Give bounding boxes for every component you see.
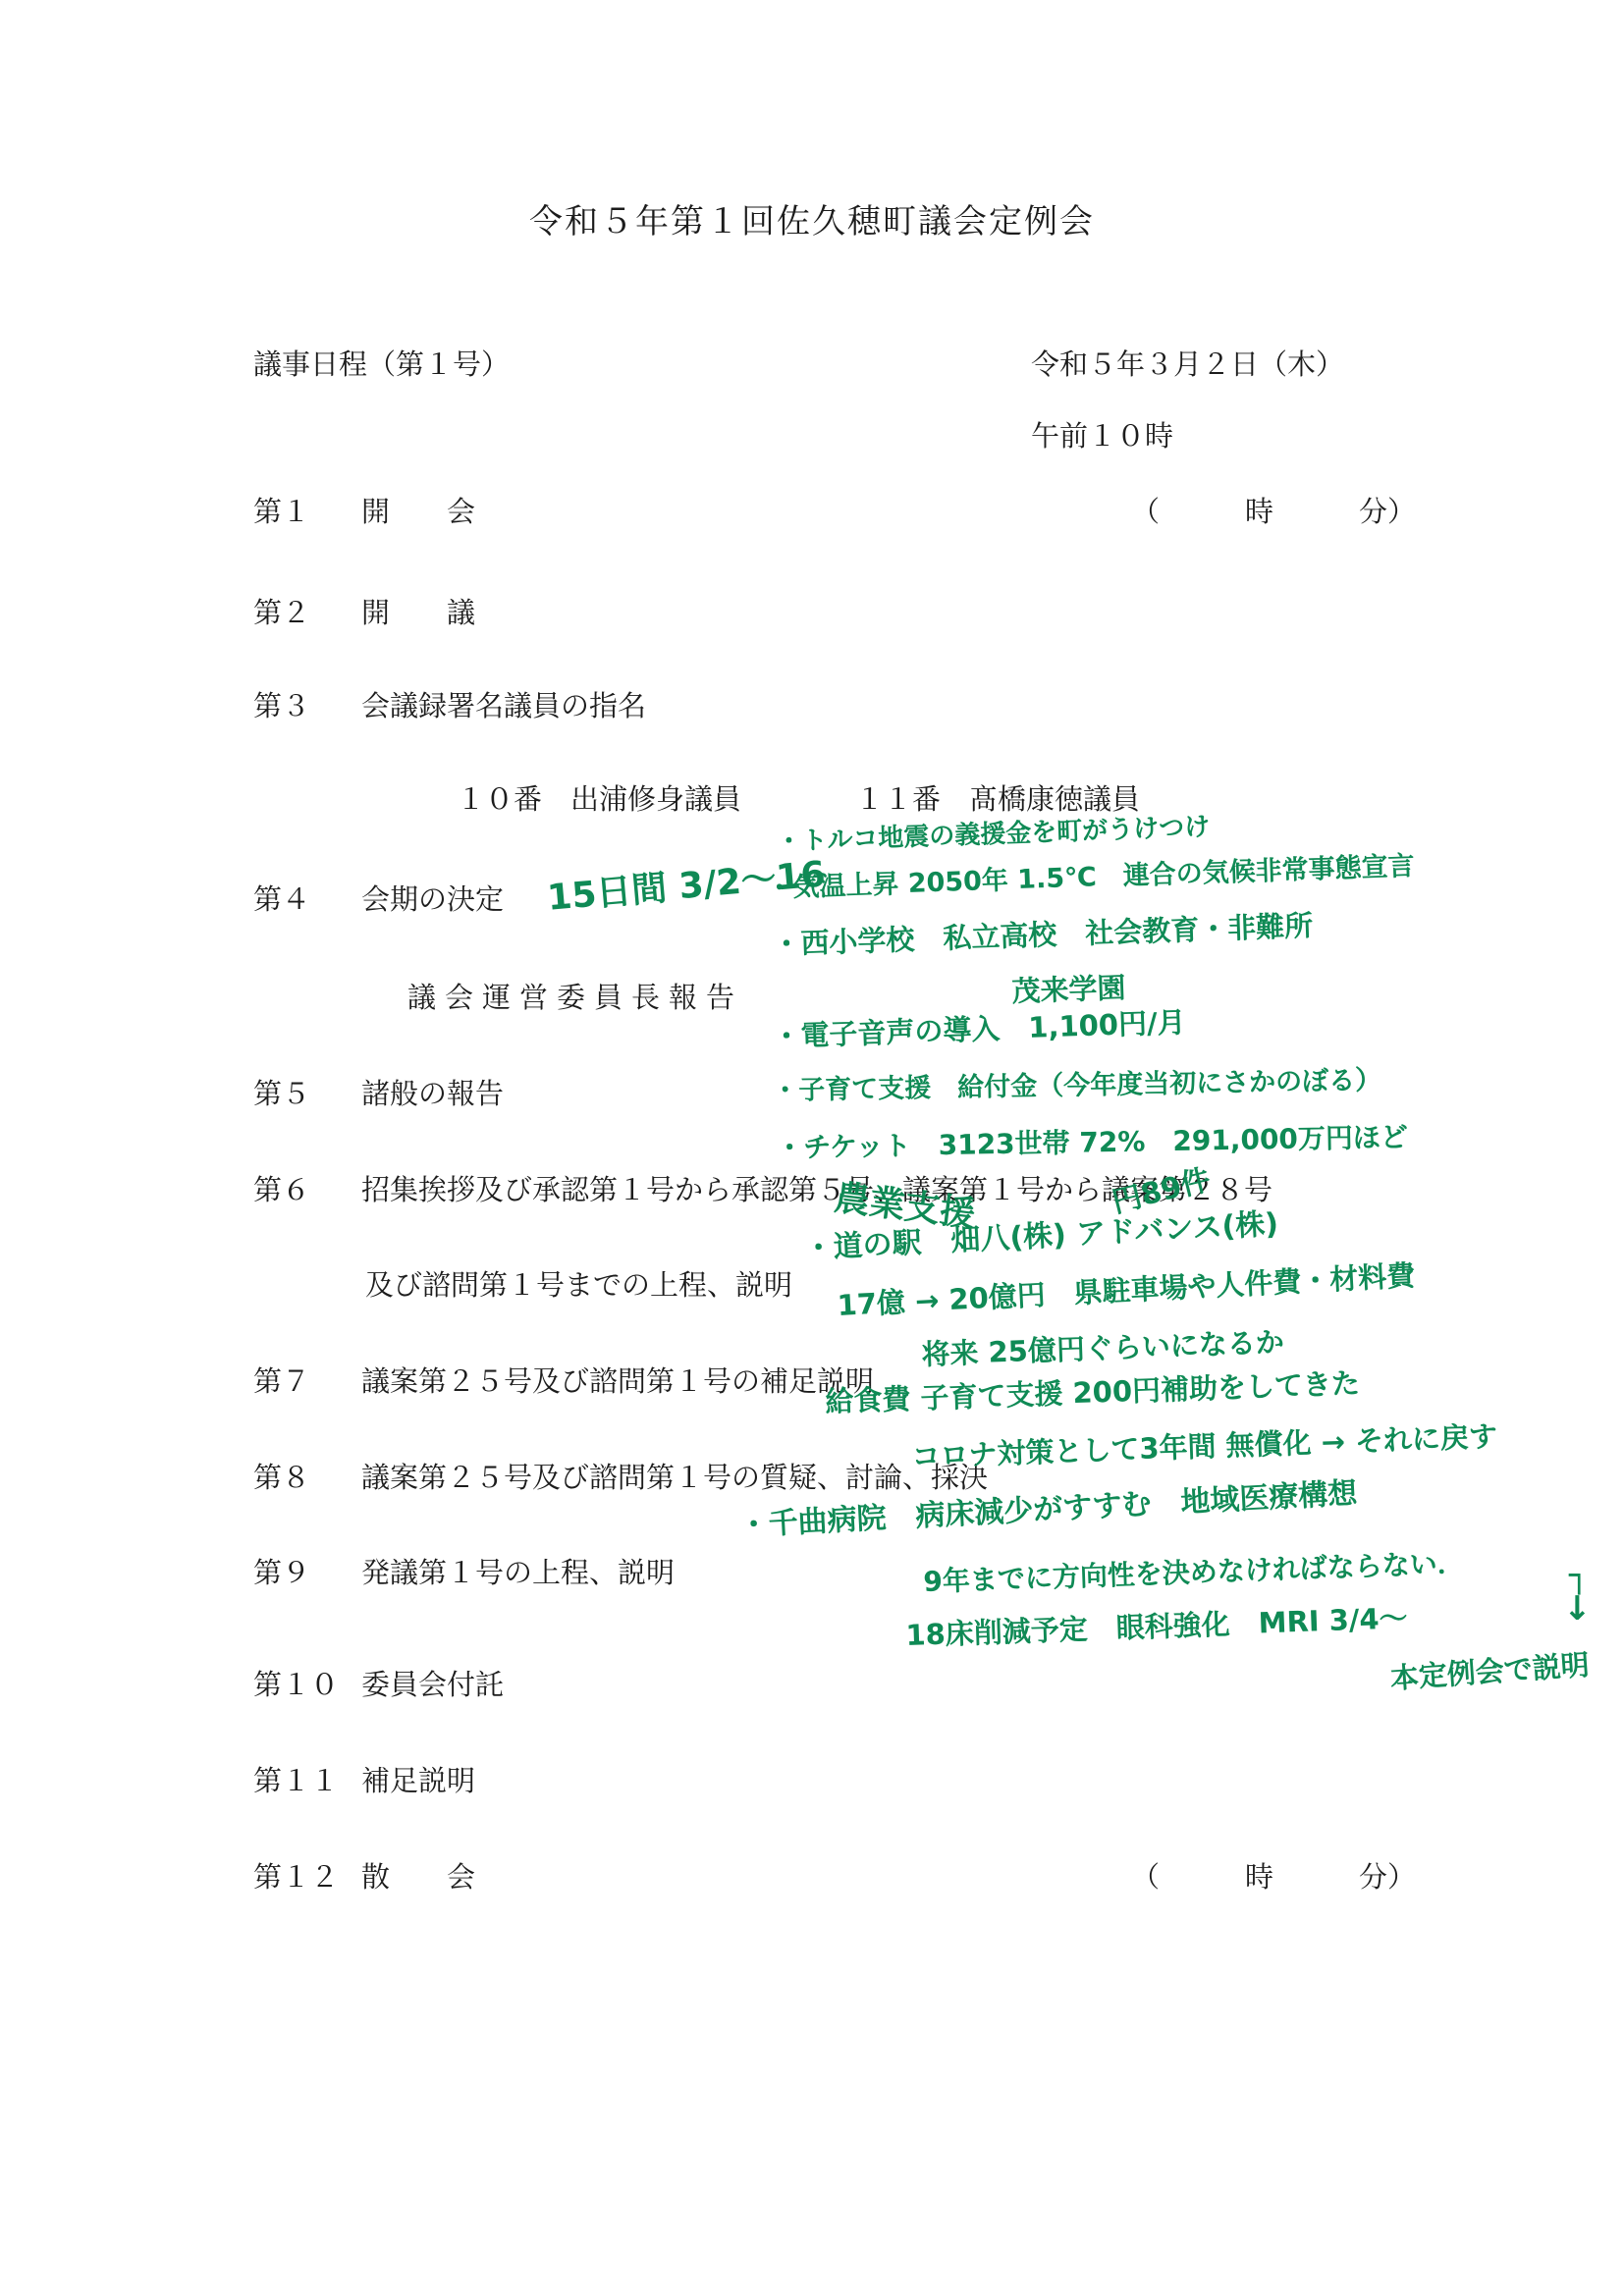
handwritten-note: 茂来学園 (1011, 974, 1126, 1006)
agenda-item-text: 会議録署名議員の指名 (361, 690, 646, 724)
agenda-item-text: 会期の決定 (361, 883, 504, 918)
agenda-item-number: 第４ (253, 883, 310, 918)
doc-date: 令和５年３月２日（木） (1031, 348, 1344, 383)
agenda-item-text: 開 会 (361, 496, 475, 530)
agenda-item-number: 第７ (253, 1365, 310, 1400)
handwritten-note: ・電子音声の導入 1,100円/月 (772, 1008, 1186, 1051)
page-title: 令和５年第１回佐久穂町議会定例会 (0, 194, 1624, 242)
doc-start-time: 午前１０時 (1031, 420, 1173, 454)
handwritten-note: ・西小学校 私立高校 社会教育・非難所 (772, 912, 1314, 959)
agenda-item-number: 第１ (253, 496, 310, 530)
handwritten-note: コロナ対策として3年間 無償化 → それに戻す (911, 1422, 1497, 1471)
agenda-item-text: 諸般の報告 (361, 1078, 504, 1112)
agenda-item-time-blank: （ 時 分） (1131, 1861, 1416, 1896)
handwritten-note: ↓ (1563, 1592, 1592, 1626)
agenda-item-number: 第２ (253, 597, 310, 631)
agenda-subline-continuation: 及び諮問第１号までの上程、説明 (365, 1269, 792, 1304)
agenda-item-number: 第１２ (253, 1861, 339, 1896)
handwritten-note: ・子育て支援 給付金（今年度当初にさかのぼる） (772, 1067, 1381, 1104)
handwritten-note: 将来 25億円ぐらいになるか (921, 1328, 1284, 1369)
agenda-item-text: 議案第２５号及び諮問第１号の質疑、討論、採決 (361, 1462, 988, 1496)
handwritten-note: 17億 → 20億円 県駐車場や人件費・材料費 (837, 1261, 1416, 1320)
handwritten-note: 給食費 子育て支援 200円補助をしてきた (825, 1369, 1360, 1416)
agenda-item-number: 第５ (253, 1078, 310, 1112)
agenda-item-text: 補足説明 (361, 1765, 475, 1799)
agenda-item-number: 第３ (253, 690, 310, 724)
handwritten-note: ┐ (1569, 1559, 1589, 1592)
handwritten-note: 本定例会で説明 (1389, 1651, 1591, 1693)
doc-label: 議事日程（第１号） (253, 348, 510, 383)
agenda-subline-signers: １０番 出浦修身議員 １１番 髙橋康徳議員 (457, 783, 1140, 818)
agenda-item-number: 第９ (253, 1557, 310, 1591)
agenda-item-number: 第１１ (253, 1765, 339, 1799)
agenda-item-text: 委員会付託 (361, 1669, 504, 1703)
agenda-item-text: 発議第１号の上程、説明 (361, 1557, 675, 1591)
agenda-item-text: 開 議 (361, 597, 475, 631)
agenda-item-text: 散 会 (361, 1861, 475, 1896)
agenda-item-number: 第６ (253, 1174, 310, 1208)
handwritten-note: 18床削減予定 眼科強化 MRI 3/4〜 (905, 1604, 1408, 1650)
handwritten-note: ・チケット 3123世帯 72% 291,000万円ほど (776, 1124, 1408, 1162)
agenda-item-time-blank: （ 時 分） (1131, 496, 1416, 530)
handwritten-note: 9年までに方向性を決めなければならない． (923, 1550, 1465, 1596)
agenda-item-number: 第８ (253, 1462, 310, 1496)
document-page: 令和５年第１回佐久穂町議会定例会 議事日程（第１号） 令和５年３月２日（木） 午… (0, 0, 1624, 2296)
agenda-item-number: 第１０ (253, 1669, 339, 1703)
agenda-subline-committee-report: 議会運営委員長報告 (407, 982, 743, 1016)
agenda-item-text: 議案第２５号及び諮問第１号の補足説明 (361, 1365, 874, 1400)
handwritten-note: ・気温上昇 2050年 1.5℃ 連合の気候非常事態宣言 (766, 853, 1415, 902)
handwritten-note: ・トルコ地震の義援金を町がうけつけ (776, 815, 1211, 855)
